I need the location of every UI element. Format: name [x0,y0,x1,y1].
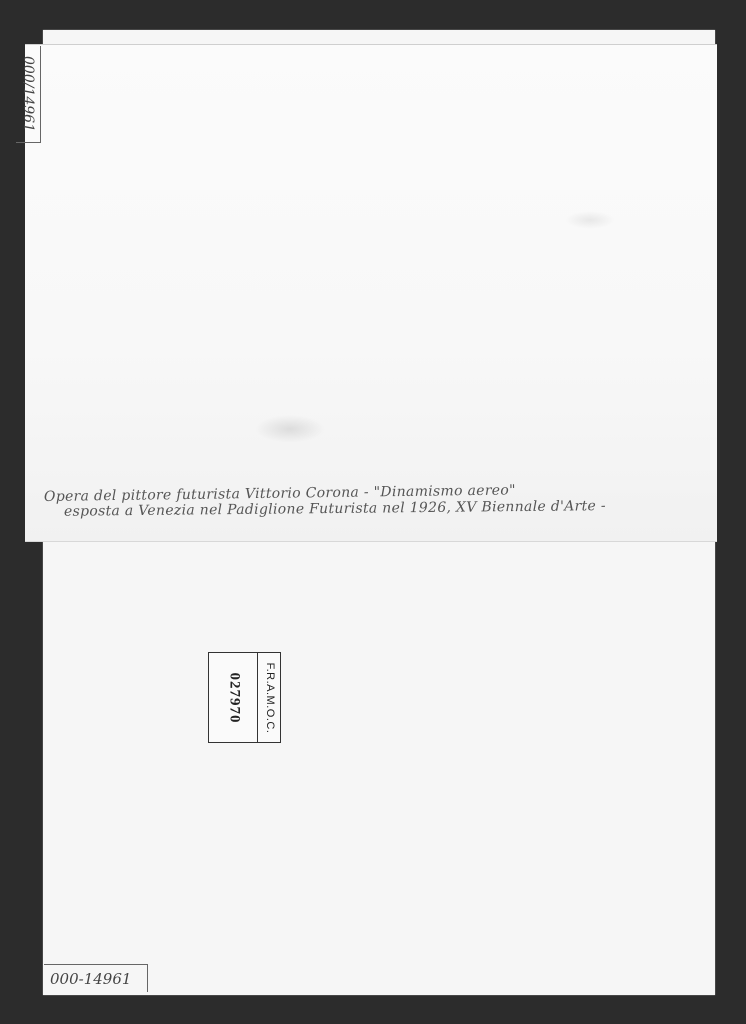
handwritten-caption: Opera del pittore futurista Vittorio Cor… [44,490,704,520]
stamp-divider [257,653,258,742]
inventory-number-top: 000/14961 [16,46,41,143]
stamp-organization: F.R.A.M.O.C. [264,662,276,733]
stain-mark [565,211,615,229]
inventory-number-bottom: 000-14961 [44,964,148,992]
stamp-number: 027970 [226,672,243,723]
inventory-number-top-text: 000/14961 [20,56,36,132]
photo-verso [25,44,717,541]
archive-stamp: 027970 F.R.A.M.O.C. [208,652,281,743]
stain-mark [255,415,325,443]
